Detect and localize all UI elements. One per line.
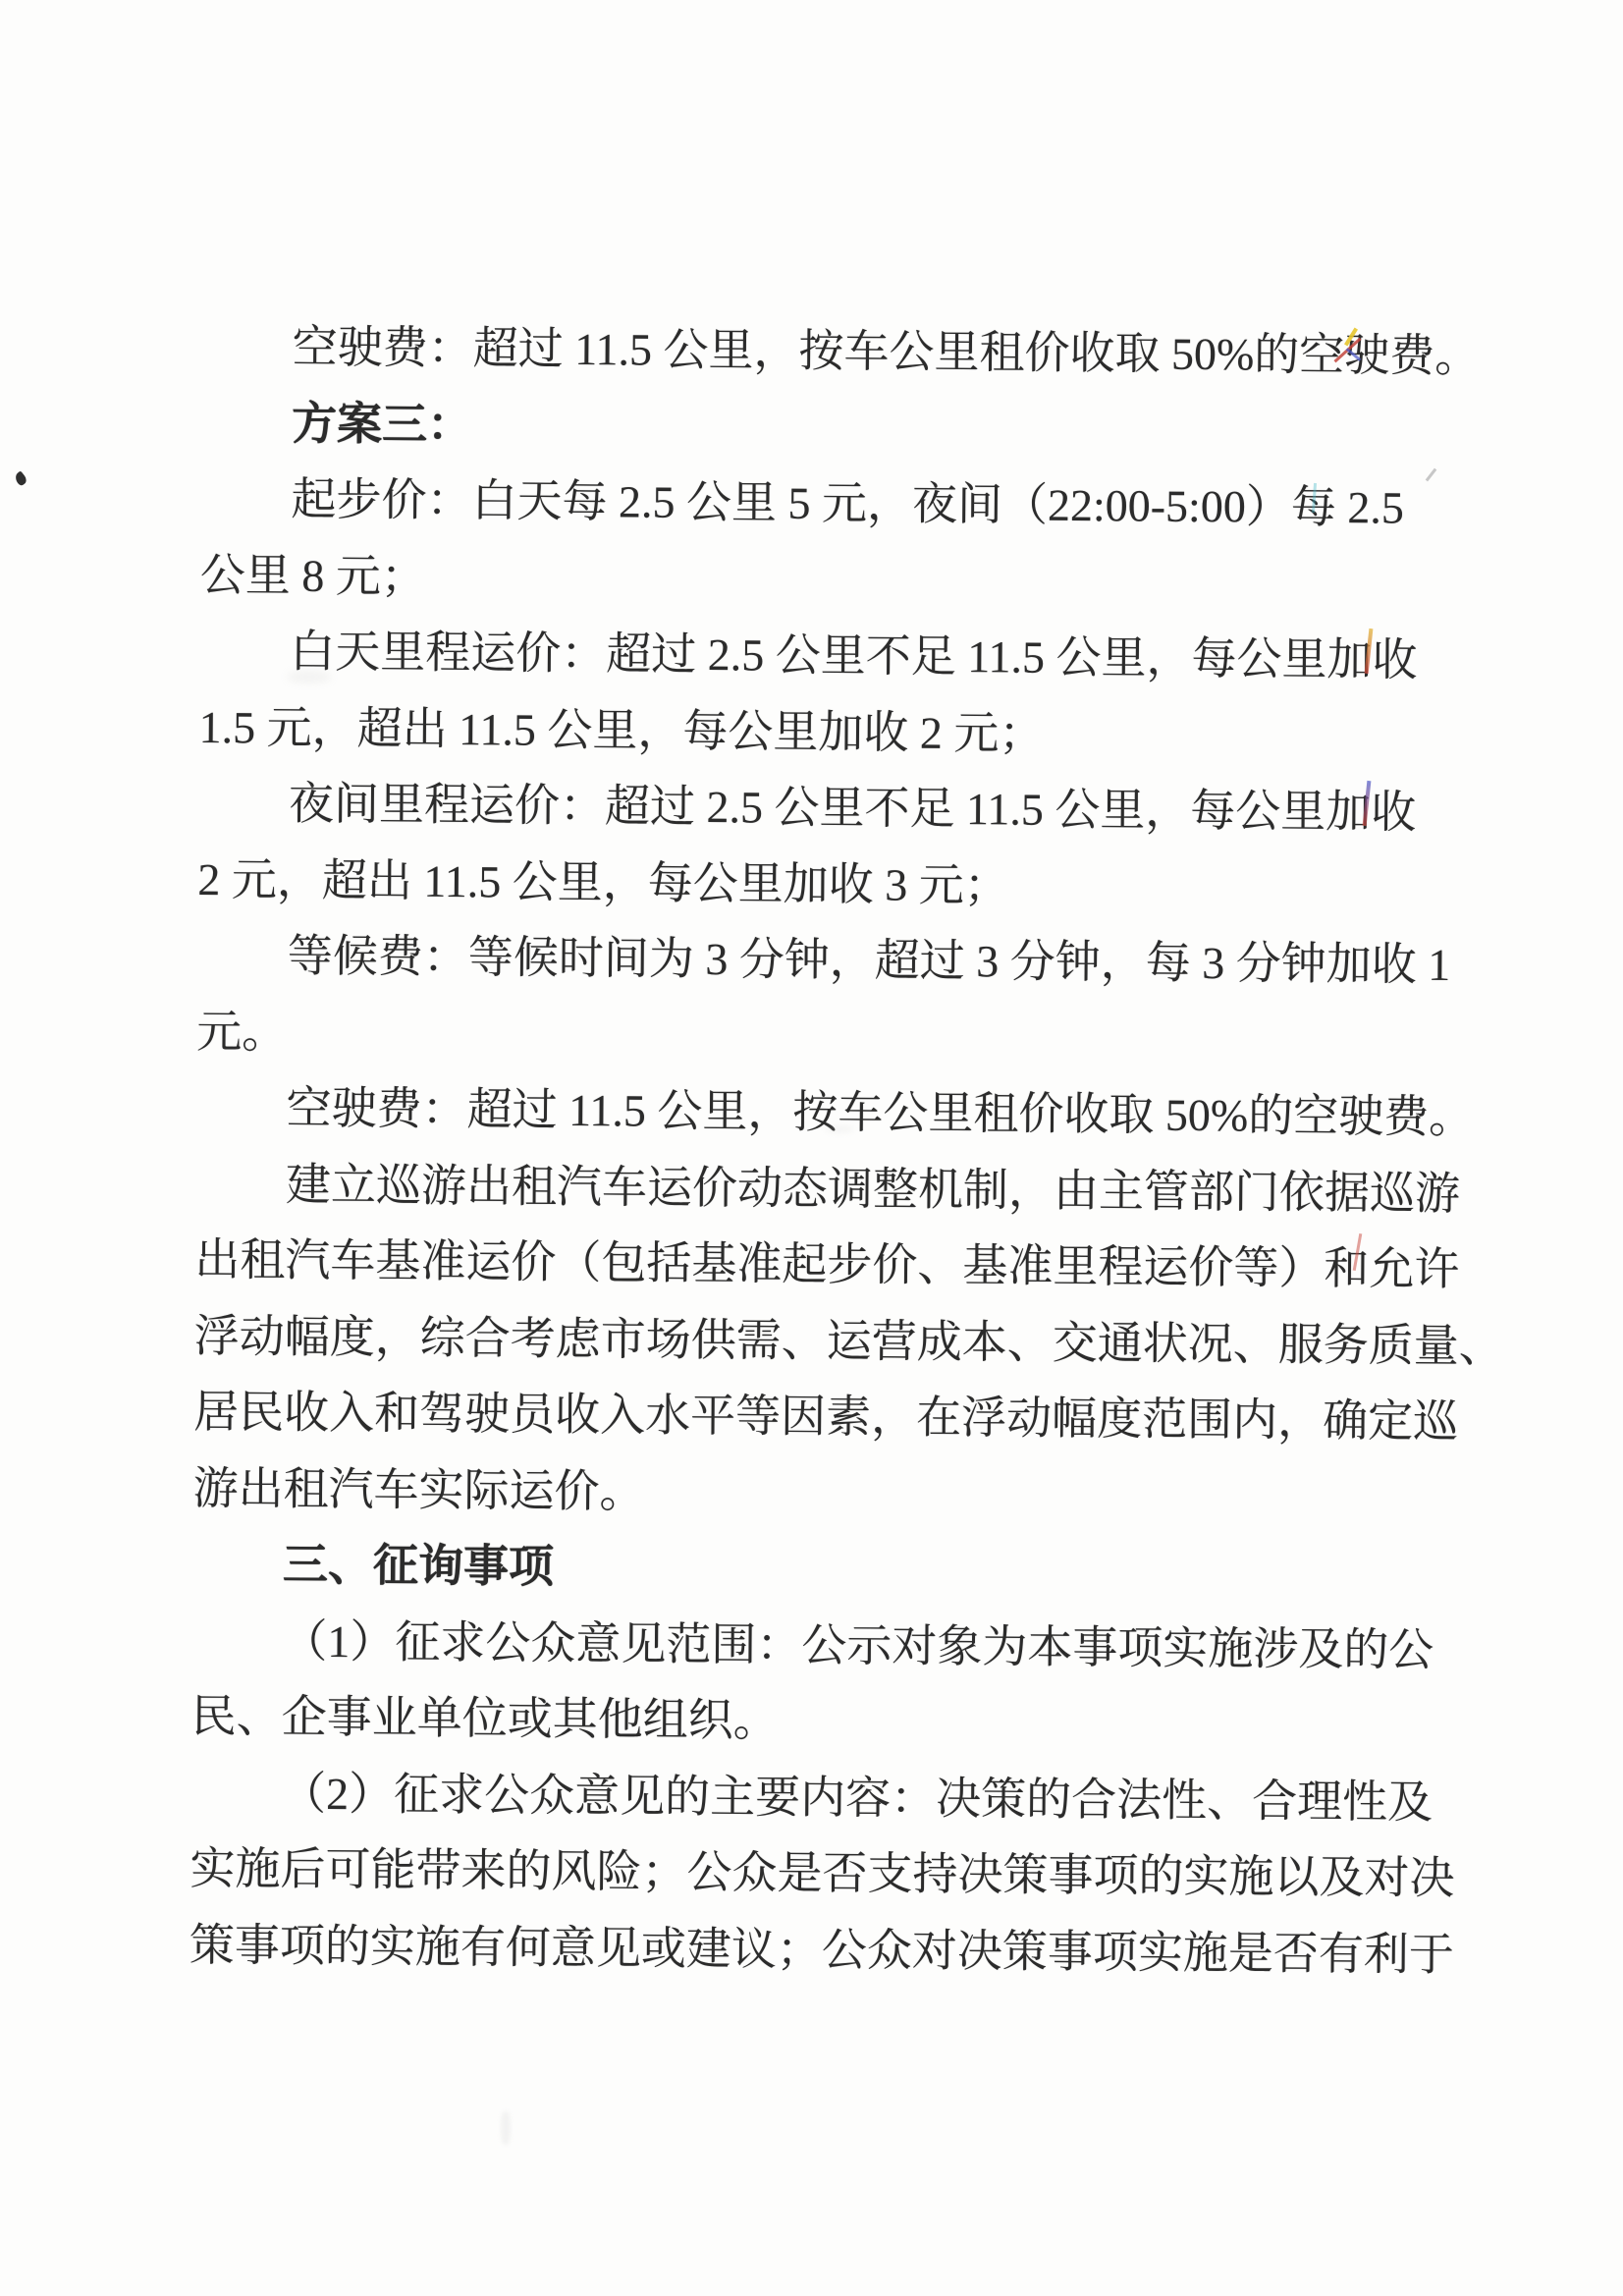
ink-speck-artifact xyxy=(13,470,28,486)
text-line-night-mileage-fare: 夜间里程运价：超过 2.5 公里不足 11.5 公里，每公里加收 xyxy=(198,765,1446,850)
section-three-heading: 三、征询事项 xyxy=(192,1526,1440,1612)
text-line-waiting-fee: 等候费：等候时间为 3 分钟，超过 3 分钟，每 3 分钟加收 1 xyxy=(197,917,1445,1003)
text-line-consult-content-cont1: 实施后可能带来的风险；公众是否支持决策事项的实施以及对决 xyxy=(189,1831,1437,1916)
plan-three-heading: 方案三： xyxy=(201,384,1449,469)
text-line-base-fare-cont: 公里 8 元； xyxy=(200,536,1448,622)
text-line-dynamic-mechanism-cont2: 浮动幅度，综合考虑市场供需、运营成本、交通状况、服务质量、 xyxy=(193,1297,1441,1383)
text-line-night-mileage-fare-cont: 2 元，超出 11.5 公里，每公里加收 3 元； xyxy=(197,841,1445,926)
text-line-dynamic-mechanism-cont3: 居民收入和驾驶员收入水平等因素，在浮动幅度范围内，确定巡 xyxy=(193,1374,1441,1459)
text-line-base-fare: 起步价：白天每 2.5 公里 5 元，夜间（22:00-5:00）每 2.5 xyxy=(200,461,1448,546)
document-text-block: 空驶费：超过 11.5 公里，按车公里租价收取 50%的空驶费。 方案三： 起步… xyxy=(189,308,1449,1993)
scan-smudge-artifact-2 xyxy=(501,2111,511,2145)
text-line-day-mileage-fare: 白天里程运价：超过 2.5 公里不足 11.5 公里，每公里加收 xyxy=(199,613,1447,698)
text-line-consult-scope-cont: 民、企事业单位或其他组织。 xyxy=(190,1678,1438,1764)
text-line-dynamic-mechanism-cont1: 出租汽车基准运价（包括基准起步价、基准里程运价等）和允许 xyxy=(194,1222,1442,1307)
text-line-empty-drive-fee-plan3: 空驶费：超过 11.5 公里，按车公里租价收取 50%的空驶费。 xyxy=(195,1069,1443,1155)
text-line-day-mileage-fare-cont: 1.5 元，超出 11.5 公里，每公里加收 2 元； xyxy=(198,688,1446,774)
text-line-waiting-fee-cont: 元。 xyxy=(196,993,1444,1078)
text-line-consult-content: （2）征求公众意见的主要内容：决策的合法性、合理性及 xyxy=(190,1754,1438,1839)
text-line-consult-scope: （1）征求公众意见范围：公示对象为本事项实施涉及的公 xyxy=(191,1602,1439,1687)
text-line-empty-drive-fee-plan2: 空驶费：超过 11.5 公里，按车公里租价收取 50%的空驶费。 xyxy=(201,308,1449,394)
text-line-dynamic-mechanism-cont4: 游出租汽车实际运价。 xyxy=(192,1449,1440,1535)
text-line-consult-content-cont2: 策事项的实施有何意见或建议；公众对决策事项实施是否有利于 xyxy=(189,1906,1437,1992)
scanned-document-page: 空驶费：超过 11.5 公里，按车公里租价收取 50%的空驶费。 方案三： 起步… xyxy=(0,0,1623,2296)
text-line-dynamic-mechanism: 建立巡游出租汽车运价动态调整机制，由主管部门依据巡游 xyxy=(195,1145,1443,1230)
